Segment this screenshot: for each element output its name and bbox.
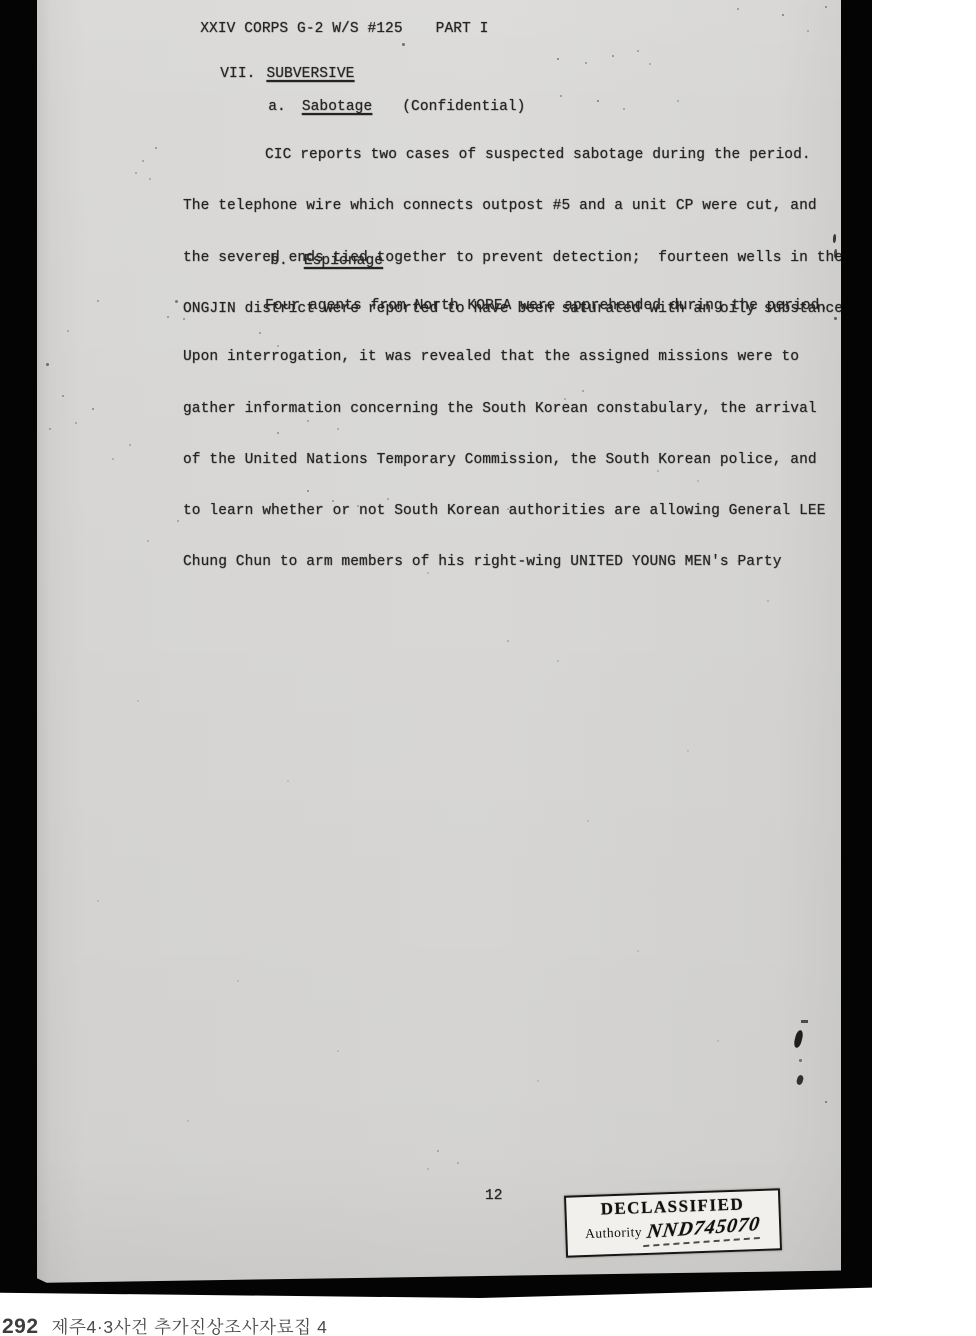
- paragraph-line: CIC reports two cases of suspected sabot…: [183, 147, 852, 164]
- scan-speck: [597, 100, 599, 102]
- scanned-document-screenshot: { "page": { "header": { "doc_ref": "XXIV…: [0, 0, 976, 1336]
- scan-speck: [427, 1168, 429, 1170]
- scan-speck: [97, 300, 99, 302]
- document-reference: XXIV CORPS G-2 W/S #125: [200, 21, 402, 37]
- scan-speck: [422, 505, 424, 507]
- scan-speck: [387, 498, 389, 500]
- scan-speck: [585, 62, 587, 64]
- scan-speck: [277, 345, 279, 347]
- scan-speck: [175, 300, 178, 303]
- scan-speck: [557, 660, 559, 662]
- scan-speck: [112, 458, 114, 460]
- scan-speck: [259, 332, 261, 334]
- scan-speck: [807, 30, 809, 32]
- scan-speck: [187, 1120, 189, 1122]
- scan-speck: [717, 1040, 719, 1042]
- scan-speck: [129, 444, 131, 446]
- scan-speck: [560, 95, 562, 97]
- book-page-number: 292: [2, 1315, 39, 1336]
- paragraph-line: gather information concerning the South …: [183, 401, 828, 418]
- scan-speck: [737, 8, 739, 10]
- paragraph-line: Four agents from North KOREA were appreh…: [183, 298, 828, 315]
- scan-speck: [46, 363, 49, 366]
- scan-speck: [825, 6, 827, 8]
- scan-speck: [782, 14, 784, 16]
- section-number: VII.: [220, 66, 255, 82]
- scan-speck: [452, 510, 454, 512]
- paragraph-line: Upon interrogation, it was revealed that…: [183, 349, 828, 366]
- scan-speck: [177, 520, 179, 522]
- scan-speck: [649, 63, 651, 65]
- scan-speck: [67, 330, 69, 332]
- espionage-paragraph: Four agents from North KOREA were appreh…: [183, 264, 828, 606]
- scan-speck: [402, 43, 405, 46]
- scan-speck: [427, 572, 429, 574]
- scan-speck: [582, 390, 584, 392]
- scan-mark: [793, 1029, 804, 1048]
- document-header: XXIV CORPS G-2 W/S #125PART I: [165, 4, 488, 55]
- scan-speck: [564, 398, 566, 400]
- scan-speck: [97, 900, 99, 902]
- scan-speck: [657, 470, 659, 472]
- scan-speck: [137, 700, 139, 702]
- scan-speck: [623, 108, 625, 110]
- stamp-authority-number: NND745070: [643, 1213, 764, 1247]
- scan-speck: [307, 490, 309, 492]
- document-page: XXIV CORPS G-2 W/S #125PART I VII.SUBVER…: [37, 0, 841, 1284]
- scan-speck: [49, 428, 51, 430]
- scan-speck: [457, 1162, 459, 1164]
- book-footer-caption: 292 제주4·3사건 추가진상조사자료집 4: [2, 1314, 327, 1336]
- scan-mark: [799, 1059, 802, 1062]
- paragraph-line: Chung Chun to arm members of his right-w…: [183, 554, 828, 571]
- scan-speck: [637, 950, 639, 952]
- scan-speck: [332, 500, 334, 502]
- scan-mark: [834, 317, 837, 320]
- scan-speck: [612, 55, 614, 57]
- scan-speck: [92, 408, 94, 410]
- scan-mark: [796, 1074, 805, 1085]
- scan-speck: [397, 560, 399, 562]
- section-title: SUBVERSIVE: [266, 66, 354, 82]
- scan-speck: [537, 1080, 539, 1082]
- declassified-stamp: DECLASSIFIED Authority NND745070: [564, 1188, 782, 1258]
- paragraph-line: of the United Nations Temporary Commissi…: [183, 452, 828, 469]
- paragraph-line: The telephone wire which connects outpos…: [183, 198, 852, 215]
- paragraph-line: to learn whether or not South Korean aut…: [183, 503, 828, 520]
- scan-speck: [337, 428, 339, 430]
- scan-speck: [287, 780, 289, 782]
- scan-speck: [155, 147, 157, 149]
- scan-speck: [277, 432, 279, 434]
- scan-speck: [767, 600, 769, 602]
- page-number: 12: [485, 1188, 503, 1205]
- document-part-label: PART I: [436, 21, 489, 37]
- book-title-korean: 제주4·3사건 추가진상조사자료집 4: [52, 1314, 328, 1336]
- scan-speck: [437, 1150, 439, 1152]
- scan-speck: [357, 505, 359, 507]
- scan-speck: [135, 172, 137, 174]
- scan-speck: [147, 540, 149, 542]
- scan-speck: [307, 420, 309, 422]
- scan-speck: [337, 1050, 339, 1052]
- scan-speck: [637, 50, 639, 52]
- scan-speck: [677, 100, 679, 102]
- scan-speck: [507, 508, 509, 510]
- scan-speck: [183, 318, 185, 320]
- scan-speck: [477, 512, 479, 514]
- scan-mark: [801, 1020, 808, 1023]
- scan-speck: [687, 750, 689, 752]
- scan-speck: [142, 160, 144, 162]
- scan-speck: [62, 395, 64, 397]
- scan-speck: [75, 422, 77, 424]
- scan-speck: [237, 980, 239, 982]
- scan-speck: [167, 316, 169, 318]
- stamp-authority-label: Authority: [585, 1224, 643, 1242]
- scan-speck: [697, 480, 699, 482]
- scan-mark: [825, 1101, 827, 1103]
- scan-speck: [507, 640, 509, 642]
- scan-speck: [557, 58, 559, 60]
- scan-speck: [149, 178, 151, 180]
- scan-speck: [587, 820, 589, 822]
- scan-speck: [737, 560, 739, 562]
